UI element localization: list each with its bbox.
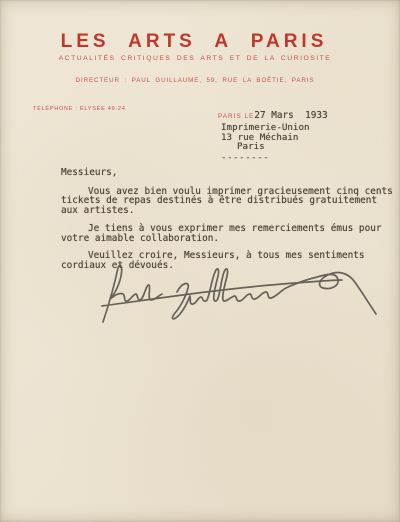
letter-document: LES ARTS A PARIS ACTUALITÉS CRITIQUES DE… bbox=[0, 0, 400, 522]
recipient-line: 13 rue Méchain bbox=[221, 133, 310, 143]
letterhead-director-line: DIRECTEUR : PAUL GUILLAUME, 59, RUE LA B… bbox=[0, 77, 395, 84]
paragraph: Je tiens à vous exprimer mes remerciemen… bbox=[61, 224, 389, 243]
signature-stroke bbox=[103, 265, 162, 322]
letterhead-subtitle: ACTUALITÉS CRITIQUES DES ARTS ET DE LA C… bbox=[0, 55, 395, 62]
signature-stroke bbox=[173, 269, 376, 319]
recipient-block: Imprimerie-Union 13 rue Méchain Paris --… bbox=[221, 123, 310, 162]
recipient-separator: -------- bbox=[221, 153, 310, 163]
letterhead-title: LES ARTS A PARIS bbox=[0, 31, 394, 53]
dateline: PARIS LE 27 Mars 1933 bbox=[218, 105, 328, 123]
paragraph-line: votre aimable collaboration. bbox=[61, 234, 389, 244]
signature-handwriting: Paul Guillaume bbox=[85, 256, 380, 328]
typed-date: 27 Mars 1933 bbox=[254, 110, 327, 121]
recipient-line: Paris bbox=[237, 142, 310, 152]
paragraph-line: aux artistes. bbox=[61, 206, 389, 216]
salutation: Messieurs, bbox=[61, 168, 389, 178]
dateline-printed-label: PARIS LE bbox=[218, 113, 254, 120]
paragraph: Vous avez bien voulu imprimer gracieusem… bbox=[61, 187, 389, 216]
scanned-letter: LES ARTS A PARIS ACTUALITÉS CRITIQUES DE… bbox=[0, 0, 400, 522]
letterhead-telephone: TÉLÉPHONE : ÉLYSÉE 49-24 bbox=[33, 106, 126, 112]
